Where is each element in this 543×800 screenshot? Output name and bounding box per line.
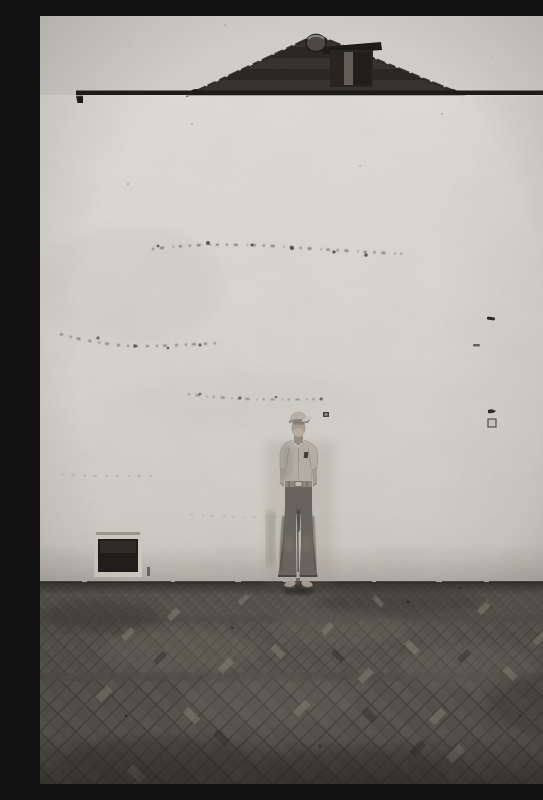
vignette	[40, 16, 543, 784]
photograph	[40, 16, 543, 784]
